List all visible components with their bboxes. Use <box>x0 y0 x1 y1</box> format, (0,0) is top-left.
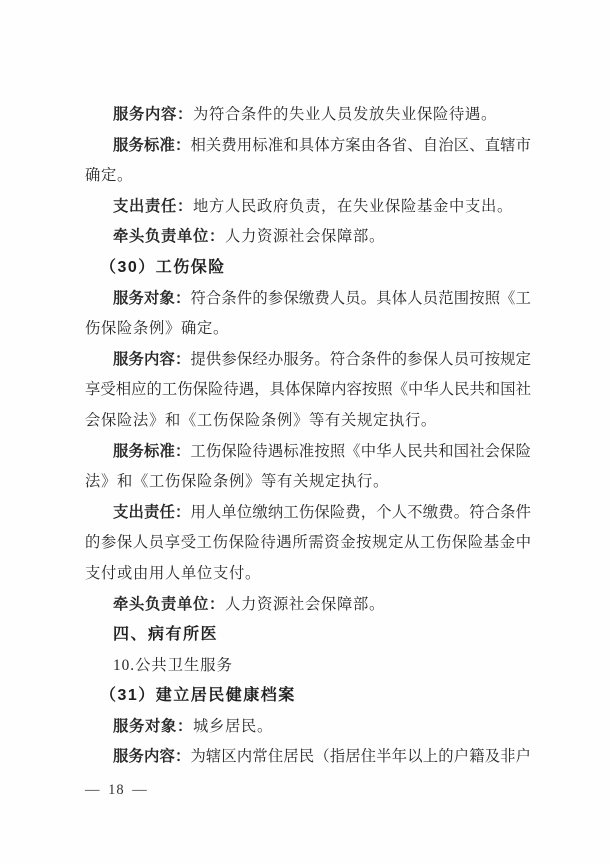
line-text: 提供参保经办服务。符合条件的参保人员可按规定 <box>190 351 531 368</box>
text-line: 支出责任：地方人民政府负责，在失业保险基金中支出。 <box>85 192 531 223</box>
sub-heading: 10.公共卫生服务 <box>85 651 531 682</box>
text-line: 牵头负责单位：人力资源社会保障部。 <box>85 590 531 621</box>
field-label: 服务标准： <box>113 443 190 460</box>
section-heading: （30）工伤保险 <box>85 253 531 284</box>
field-label: 服务对象： <box>113 290 190 307</box>
text-line: 服务对象：城乡居民。 <box>85 712 531 743</box>
text-line: 伤保险条例》确定。 <box>85 314 531 345</box>
text-line: 牵头负责单位：人力资源社会保障部。 <box>85 222 531 253</box>
text-line: 确定。 <box>85 161 531 192</box>
text-line: 支付或由用人单位支付。 <box>85 559 531 590</box>
line-text: 10.公共卫生服务 <box>113 657 233 674</box>
text-line: 法》和《工伤保险条例》等有关规定执行。 <box>85 467 531 498</box>
text-line: 会保险法》和《工伤保险条例》等有关规定执行。 <box>85 406 531 437</box>
text-line: 服务标准：工伤保险待遇标准按照《中华人民共和国社会保险 <box>85 437 531 468</box>
line-text: 为符合条件的失业人员发放失业保险待遇。 <box>193 106 497 123</box>
line-text: （31）建立居民健康档案 <box>100 687 296 704</box>
line-text: 伤保险条例》确定。 <box>85 320 229 337</box>
field-label: 牵头负责单位： <box>113 228 225 245</box>
text-line: 服务内容：为符合条件的失业人员发放失业保险待遇。 <box>85 100 531 131</box>
line-text: 人力资源社会保障部。 <box>225 228 385 245</box>
line-text: 会保险法》和《工伤保险条例》等有关规定执行。 <box>85 412 437 429</box>
field-label: 支出责任： <box>113 504 190 521</box>
line-text: 的参保人员享受工伤保险待遇所需资金按规定从工伤保险基金中 <box>85 534 531 551</box>
line-text: 确定。 <box>85 167 133 184</box>
field-label: 支出责任： <box>113 198 193 215</box>
field-label: 牵头负责单位： <box>113 596 225 613</box>
field-label: 服务标准： <box>113 137 190 154</box>
field-label: 服务内容： <box>113 351 190 368</box>
field-label: 服务内容： <box>113 748 190 765</box>
line-text: 人力资源社会保障部。 <box>225 596 385 613</box>
line-text: 工伤保险待遇标准按照《中华人民共和国社会保险 <box>190 443 531 460</box>
line-text: 享受相应的工伤保险待遇，具体保障内容按照《中华人民共和国社 <box>85 381 531 398</box>
section-heading: 四、病有所医 <box>85 620 531 651</box>
text-line: 服务标准：相关费用标准和具体方案由各省、自治区、直辖市 <box>85 131 531 162</box>
section-heading: （31）建立居民健康档案 <box>85 681 531 712</box>
line-text: 用人单位缴纳工伤保险费，个人不缴费。符合条件 <box>190 504 531 521</box>
page-number: — 18 — <box>85 782 148 799</box>
text-line: 服务内容：为辖区内常住居民（指居住半年以上的户籍及非户 <box>85 742 531 773</box>
line-text: （30）工伤保险 <box>100 259 226 276</box>
line-text: 符合条件的参保缴费人员。具体人员范围按照《工 <box>190 290 531 307</box>
field-label: 服务对象： <box>113 718 193 735</box>
document-body: 服务内容：为符合条件的失业人员发放失业保险待遇。服务标准：相关费用标准和具体方案… <box>85 100 531 773</box>
line-text: 支付或由用人单位支付。 <box>85 565 261 582</box>
line-text: 相关费用标准和具体方案由各省、自治区、直辖市 <box>190 137 531 154</box>
line-text: 城乡居民。 <box>193 718 273 735</box>
text-line: 支出责任：用人单位缴纳工伤保险费，个人不缴费。符合条件 <box>85 498 531 529</box>
line-text: 地方人民政府负责，在失业保险基金中支出。 <box>193 198 513 215</box>
text-line: 服务对象：符合条件的参保缴费人员。具体人员范围按照《工 <box>85 284 531 315</box>
line-text: 为辖区内常住居民（指居住半年以上的户籍及非户 <box>190 748 531 765</box>
line-text: 四、病有所医 <box>113 626 218 643</box>
text-line: 享受相应的工伤保险待遇，具体保障内容按照《中华人民共和国社 <box>85 375 531 406</box>
document-page: 服务内容：为符合条件的失业人员发放失业保险待遇。服务标准：相关费用标准和具体方案… <box>0 0 610 864</box>
field-label: 服务内容： <box>113 106 193 123</box>
text-line: 服务内容：提供参保经办服务。符合条件的参保人员可按规定 <box>85 345 531 376</box>
line-text: 法》和《工伤保险条例》等有关规定执行。 <box>85 473 389 490</box>
text-line: 的参保人员享受工伤保险待遇所需资金按规定从工伤保险基金中 <box>85 528 531 559</box>
